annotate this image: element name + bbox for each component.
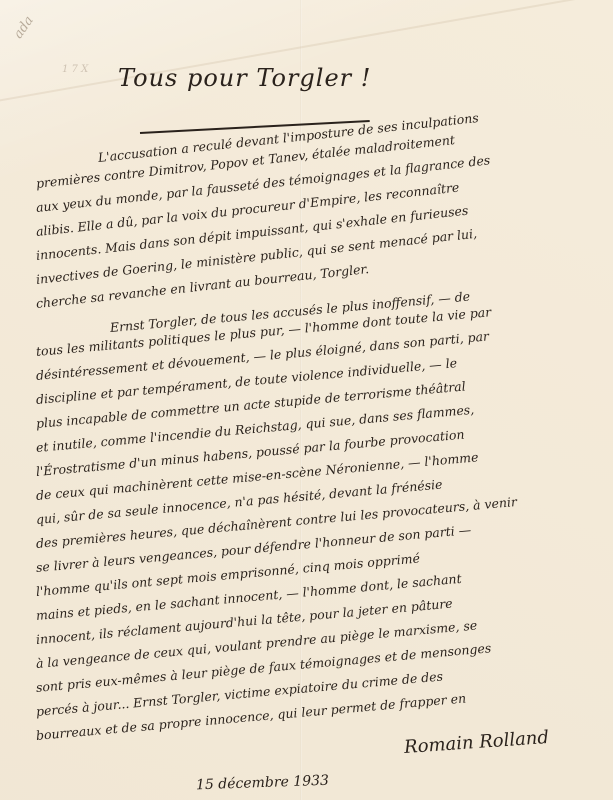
paper-fold-diagonal	[0, 0, 613, 112]
author-signature: Romain Rolland	[403, 727, 549, 758]
document-date: 15 décembre 1933	[196, 773, 329, 794]
document-title: Tous pour Torgler !	[118, 64, 371, 92]
manuscript-page: ada 1 7 X Tous pour Torgler ! L'accusati…	[0, 0, 613, 800]
pencil-annotation: ada	[11, 13, 37, 41]
pencil-annotation: 1 7 X	[62, 64, 88, 75]
